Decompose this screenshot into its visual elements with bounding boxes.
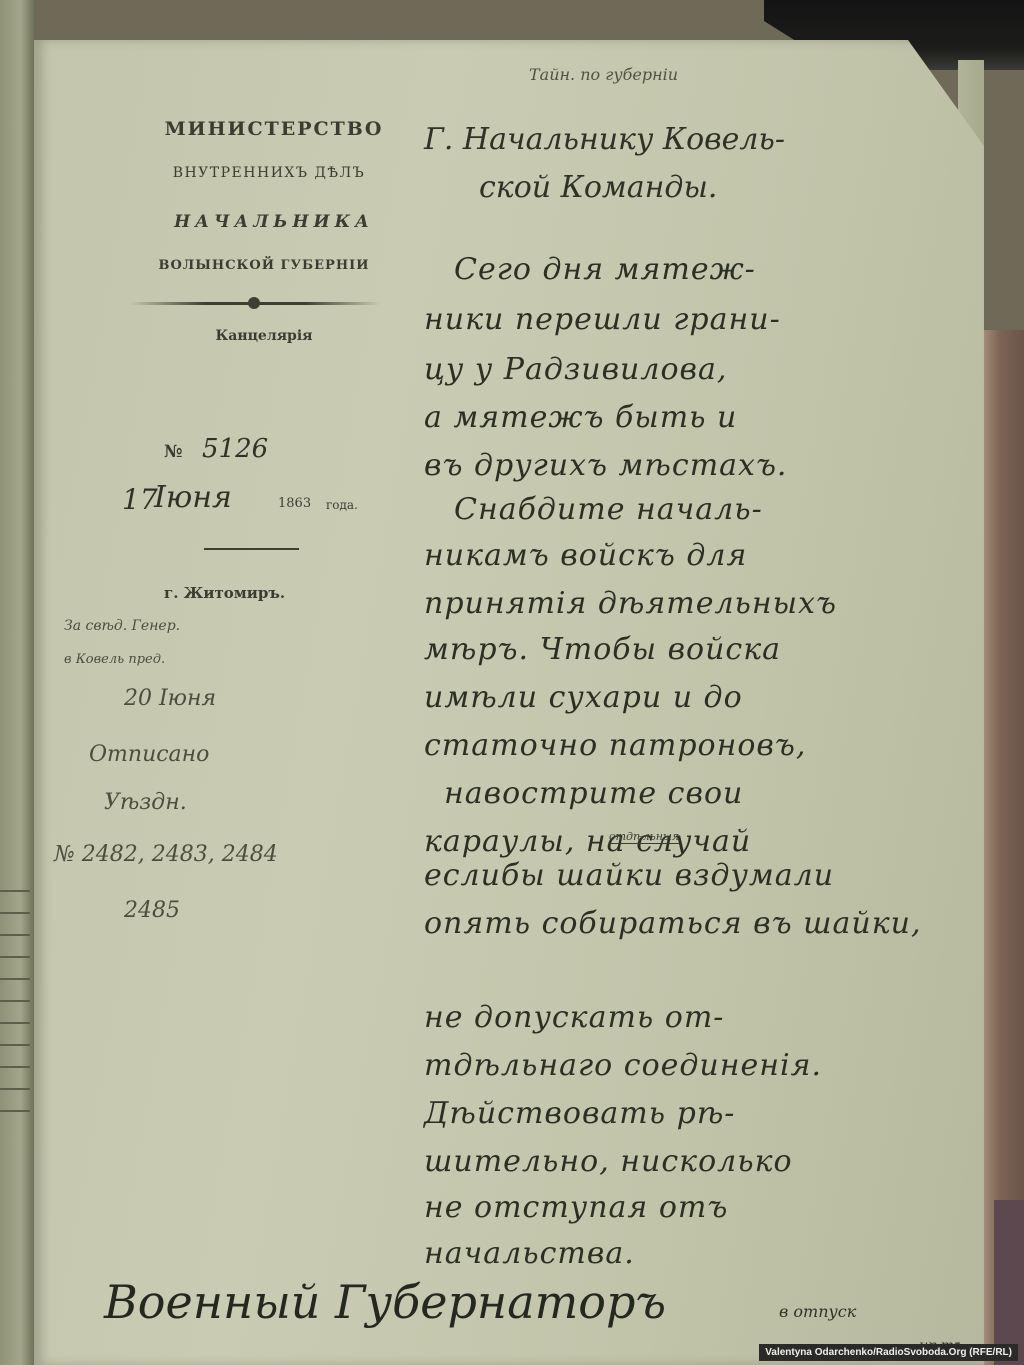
signature-note: в отпуск — [779, 1302, 856, 1321]
margin-note: 20 Іюня — [124, 686, 216, 711]
body-line: Снабдите началь- — [454, 492, 763, 527]
photo-stage: Тайн. по губерніи МИНИСТЕРСТВО ВНУТРЕННИ… — [0, 0, 1024, 1365]
margin-note: в Ковель пред. — [64, 652, 165, 667]
signature-title: Военный Губернаторъ — [104, 1275, 666, 1329]
body-line: имѣли сухари и до — [424, 680, 743, 715]
date-day: 17 — [122, 483, 158, 516]
margin-note: За свѣд. Генер. — [64, 618, 180, 634]
body-line: навострите свои — [444, 776, 743, 811]
body-line: тдѣльнаго соединенія. — [424, 1048, 822, 1083]
margin-note: Уѣздн. — [104, 790, 187, 815]
body-line: никамъ войскъ для — [424, 538, 747, 573]
short-divider — [204, 548, 299, 550]
margin-note: Отписано — [89, 742, 209, 767]
body-line: ники перешли грани- — [424, 302, 781, 337]
body-line: не отступая отъ — [424, 1190, 728, 1225]
page-edge-lines — [0, 870, 30, 1130]
letterhead-city: г. Житомиръ. — [164, 584, 344, 602]
body-line: шительно, нисколько — [424, 1144, 793, 1179]
body-line: Дѣйствовать рѣ- — [424, 1096, 735, 1131]
body-line: статочно патроновъ, — [424, 728, 806, 763]
letterhead-province: ВОЛЫНСКОЙ ГУБЕРНІИ — [106, 258, 422, 273]
body-line: цу у Радзивилова, — [424, 352, 727, 387]
body-line: въ другихъ мѣстахъ. — [424, 448, 787, 483]
photo-credit: Valentyna Odarchenko/RadioSvoboda.Org (R… — [759, 1344, 1018, 1361]
addressee-line-1: Г. Начальнику Ковель- — [424, 122, 785, 157]
interlinear-correction: отдѣльныя — [609, 830, 679, 844]
body-line: мѣръ. Чтобы войска — [424, 632, 781, 667]
document-number: 5126 — [202, 434, 268, 464]
letterhead-chancery: Канцелярія — [174, 328, 354, 344]
folder-cover-edge-lower — [994, 1200, 1024, 1365]
ornament-divider — [130, 302, 380, 305]
document-page: Тайн. по губерніи МИНИСТЕРСТВО ВНУТРЕННИ… — [34, 40, 984, 1365]
margin-note: 2485 — [124, 898, 180, 923]
date-year: 1863 — [278, 496, 311, 511]
body-line: принятія дѣятельныхъ — [424, 586, 837, 621]
letterhead-office: НАЧАЛЬНИКА — [124, 212, 424, 232]
body-line: еслибы шайки вздумали — [424, 858, 834, 893]
addressee-line-2: ской Команды. — [479, 170, 717, 205]
margin-note: № 2482, 2483, 2484 — [54, 842, 278, 867]
body-line: начальства. — [424, 1236, 635, 1271]
year-word: года. — [326, 498, 358, 512]
body-line: не допускать от- — [424, 1000, 724, 1035]
body-line: опять собираться въ шайки, — [424, 906, 922, 941]
top-note: Тайн. по губерніи — [529, 65, 678, 84]
body-line: Сего дня мятеж- — [454, 252, 756, 287]
body-line: а мятежъ быть и — [424, 400, 737, 435]
adjacent-page-edge — [0, 0, 34, 1365]
body-line: караулы, на случай — [424, 824, 751, 859]
letterhead-ministry: МИНИСТЕРСТВО — [129, 118, 419, 140]
number-label: № — [164, 442, 204, 462]
date-month: Іюня — [154, 480, 232, 515]
letterhead-department: ВНУТРЕННИХЪ ДѢЛЪ — [114, 165, 424, 181]
